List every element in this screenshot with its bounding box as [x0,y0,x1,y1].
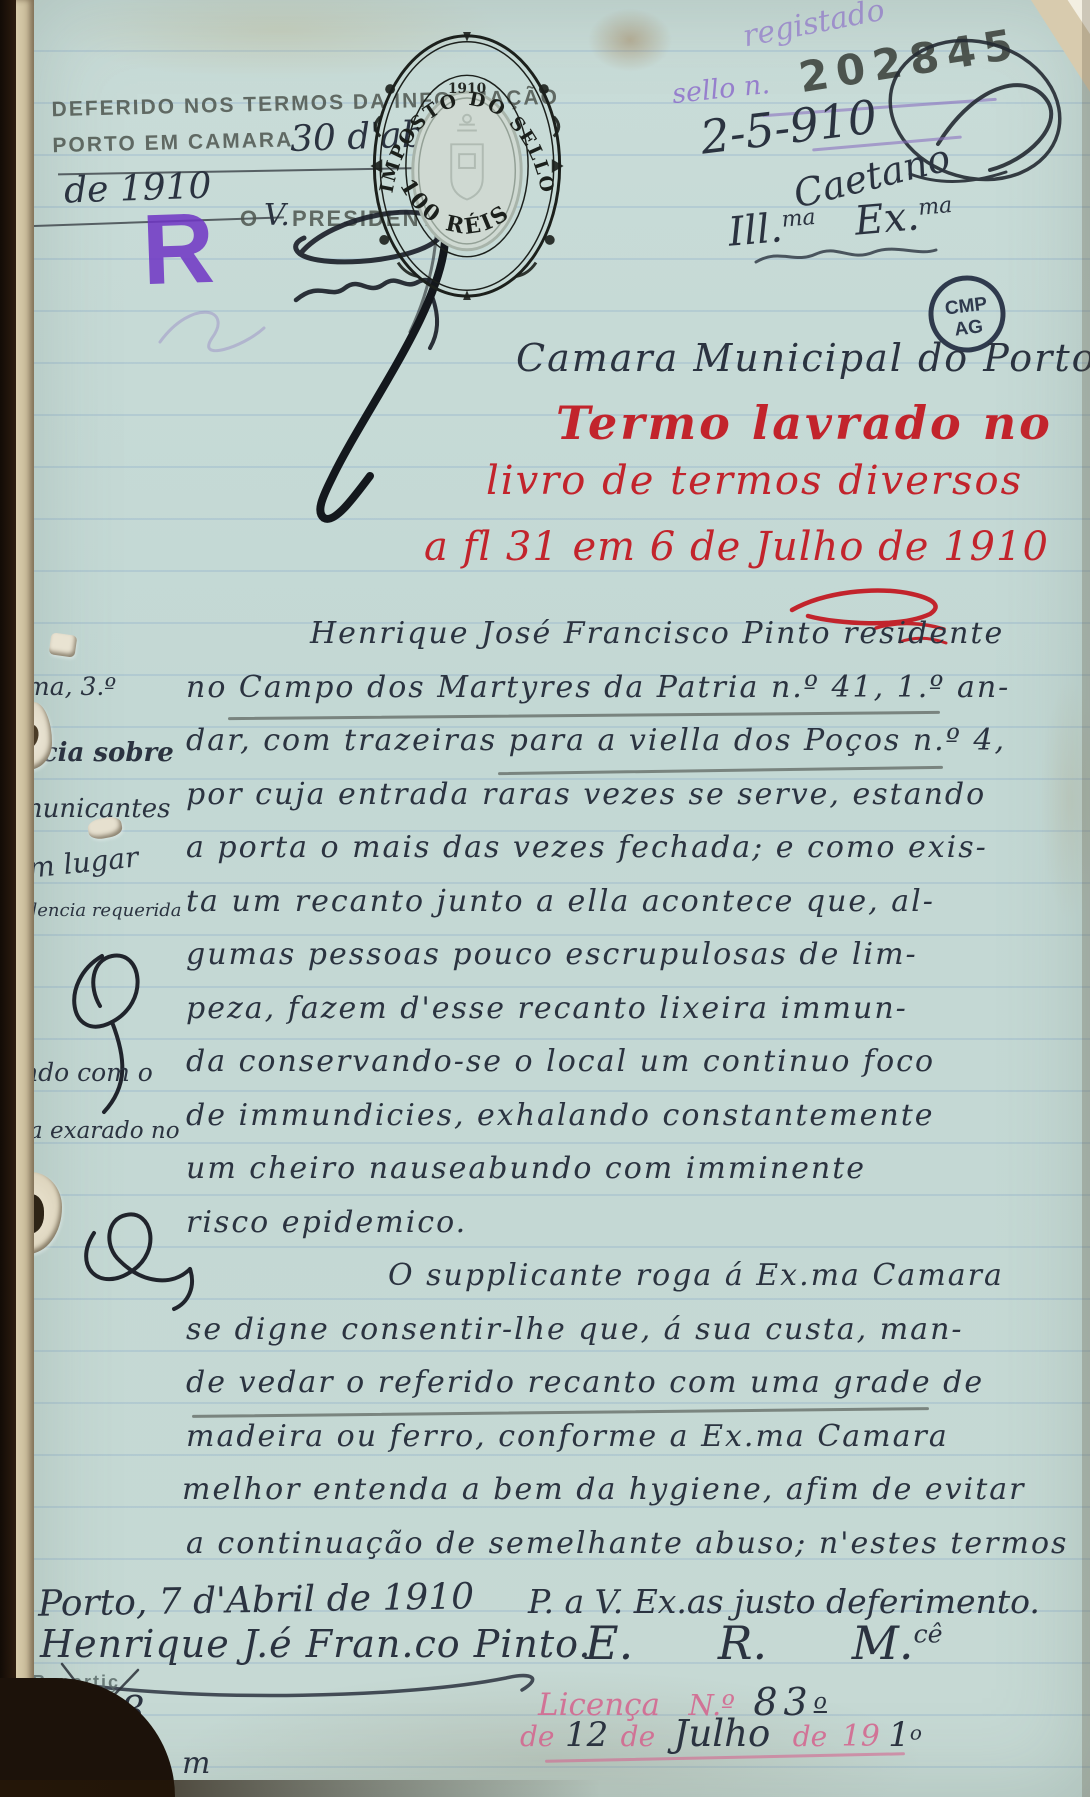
body-line: madeira ou ferro, conforme a Ex.ma Camar… [186,1419,949,1454]
body-line: a continuação de semelhante abuso; n'est… [186,1526,1068,1561]
body-line: ta um recanto junto a ella acontece que,… [186,884,935,919]
margin-note: idencia requerida [20,900,181,921]
body-line: melhor entenda a bem da hygiene, afim de… [182,1472,1026,1507]
body-line: um cheiro nauseabundo com imminente [186,1151,866,1186]
margin-note: ndo com o [22,1058,153,1087]
licence-stamp-line2: de 12 de Julho de 19 1o [520,1712,922,1755]
margin-signature-2 [60,1175,205,1315]
cmp-stamp-line1: CMP [944,294,989,320]
licence-day: 12 [565,1715,608,1755]
scanned-petition-page: DEFERIDO NOS TERMOS DA INFORMAÇÃO PORTO … [0,0,1090,1797]
body-line: no Campo dos Martyres da Patria n.º 41, … [186,670,1010,705]
faint-pencil-mark [150,280,280,370]
tax-seal: IMPOSTO DO SELLO 1910 100 RÉIS [368,28,566,304]
body-line: O supplicante roga á Ex.ma Camara [388,1258,1004,1293]
licence-year-sup: o [910,1721,922,1745]
licence-year-stamp: 19 [842,1719,880,1754]
paper-tear-small [49,632,78,657]
licence-de2: de [621,1720,656,1753]
licence-year-hand: 1 [888,1715,910,1755]
book-spine [0,0,16,1797]
body-line: da conservando-se o local um continuo fo… [186,1044,935,1079]
body-line: de immundicies, exhalando constantemente [186,1098,935,1133]
margin-signature-1 [30,928,180,1118]
licence-de1: de [520,1720,555,1753]
margin-note: va exarado no [16,1118,180,1144]
body-line: se digne consentir-lhe que, á sua custa,… [186,1312,964,1347]
body-line: peza, fazem d'esse recanto lixeira immun… [186,991,908,1026]
salutation-illma-sup: ma [781,205,817,233]
courtesy-e: E. [585,1616,633,1670]
salutation-exma-sup: ma [917,193,953,221]
body-line: dar, com trazeiras para a viella dos Poç… [186,723,1006,758]
body-line: gumas pessoas pouco escrupulosas de lim- [186,937,918,972]
courtesy-formula: E. R. M.cê [585,1616,943,1670]
body-line: a porta o mais das vezes fechada; e como… [186,830,988,865]
place-date-line: Porto, 7 d'Abril de 1910 [38,1576,475,1625]
red-note-line3: a fl 31 em 6 de Julho de 1910 [424,524,1049,570]
courtesy-r: R. [718,1616,767,1670]
seal-year: 1910 [448,81,486,97]
red-note-line1: Termo lavrado no [556,396,1053,450]
salutation-flourish [750,240,945,274]
licence-number-sup: o [814,1690,827,1715]
addressee-line: Camara Municipal do Porto [516,336,1090,380]
red-note-line2: livro de termos diversos [486,458,1023,504]
licence-de3: de [793,1720,828,1753]
body-line: Henrique José Francisco Pinto residente [310,616,1004,651]
small-check-mark: m [182,1746,210,1781]
licence-month: Julho [674,1712,771,1755]
torn-page-edge [14,0,34,1797]
courtesy-sup: cê [913,1620,942,1649]
salutation-exma: Ex. [853,193,921,244]
body-line: risco epidemico. [186,1205,467,1240]
courtesy-m: M. [852,1616,914,1670]
body-line: de vedar o referido recanto com uma grad… [186,1365,984,1400]
body-line: por cuja entrada raras vezes se serve, e… [186,777,986,812]
right-edge-shade [1082,0,1090,1797]
bottom-edge-shadow [0,1780,600,1797]
margin-note: ma, 3.º [26,672,116,701]
